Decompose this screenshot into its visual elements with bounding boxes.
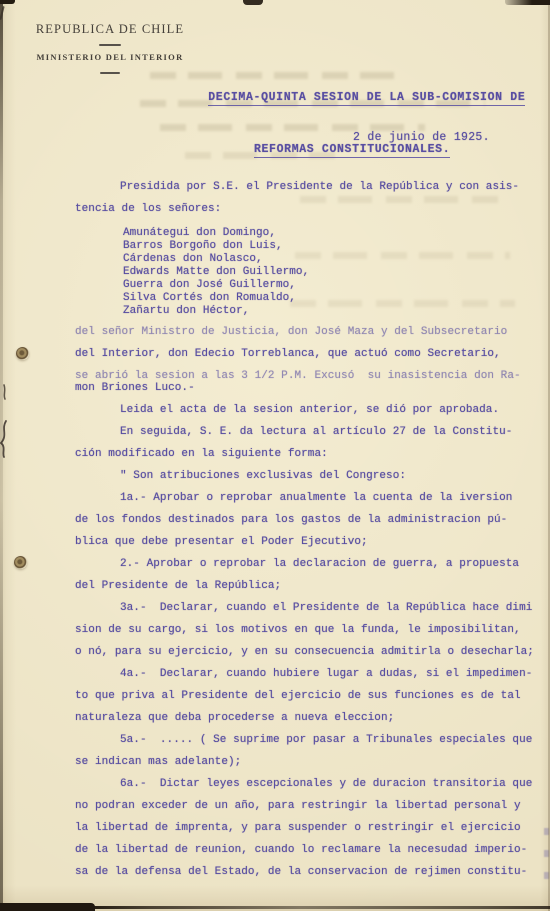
document-line: 6a.- Dictar leyes escepcionales y de dur…: [75, 773, 537, 795]
ink-mark: [0, 383, 22, 463]
document-line: 5a.- ..... ( Se suprime por pasar a Trib…: [75, 729, 537, 751]
scan-edge-bottom: [0, 903, 95, 911]
attendee-list: Amunátegui don Domingo,Barros Borgoño do…: [123, 227, 537, 318]
attendee-name: Cárdenas don Nolasco,: [123, 253, 537, 266]
letterhead-rule: [99, 44, 121, 46]
document-line: se indican mas adelante);: [75, 751, 537, 773]
document-line: Presidida por S.E. el Presidente de la R…: [75, 176, 537, 198]
punch-hole: [16, 347, 29, 360]
document-body: Presidida por S.E. el Presidente de la R…: [75, 176, 537, 883]
document-title: DECIMA-QUINTA SESION DE LA SUB-COMISION …: [178, 59, 496, 189]
document-line: ción modificado en la siguiente forma:: [75, 443, 537, 465]
document-line: de los fondos destinados para los gastos…: [75, 509, 537, 531]
document-line: naturaleza que deba procederse a nueva e…: [75, 707, 537, 729]
attendee-name: Edwards Matte don Guillermo,: [123, 266, 537, 279]
document-date: 2 de junio de 1925.: [353, 131, 490, 144]
document-line: blica que debe presentar el Poder Ejecut…: [75, 531, 537, 553]
document-line: 4a.- Declarar, cuando hubiere lugar a du…: [75, 663, 537, 685]
title-line-2: REFORMAS CONSTITUCIONALES.: [254, 143, 450, 158]
body-main: del señor Ministro de Justicia, don José…: [75, 321, 537, 883]
document-line: " Son atribuciones exclusivas del Congre…: [75, 465, 537, 487]
attendee-name: Zañartu don Héctor,: [123, 305, 537, 318]
document-line: Leida el acta de la sesion anterior, se …: [75, 399, 537, 421]
scan-edge-mark: [243, 0, 263, 5]
document-line: 2.- Aprobar o reprobar la declaracion de…: [75, 553, 537, 575]
scan-edge-left: [0, 0, 3, 911]
document-line: tencia de los señores:: [75, 198, 537, 220]
letterhead: REPUBLICA DE CHILE MINISTERIO DEL INTERI…: [28, 22, 192, 74]
document-line: la libertad de imprenta, y para suspende…: [75, 817, 537, 839]
document-line: 3a.- Declarar, cuando el Presidente de l…: [75, 597, 537, 619]
document-line: to que priva al Presidente del ejercicio…: [75, 685, 537, 707]
attendee-name: Amunátegui don Domingo,: [123, 227, 537, 240]
document-line: no podran exceder de un año, para restri…: [75, 795, 537, 817]
document-page: REPUBLICA DE CHILE MINISTERIO DEL INTERI…: [0, 0, 550, 911]
letterhead-rule: [100, 72, 120, 74]
letterhead-country: REPUBLICA DE CHILE: [28, 22, 192, 37]
attendee-name: Barros Borgoño don Luis,: [123, 240, 537, 253]
document-line: En seguida, S. E. da lectura al artículo…: [75, 421, 537, 443]
document-line: de la libertad de reunion, cuando lo rec…: [75, 839, 537, 861]
attendee-name: Silva Cortés don Romualdo,: [123, 292, 537, 305]
document-line: se abrió la sesion a las 3 1/2 P.M. Excu…: [75, 365, 537, 387]
punch-hole: [14, 556, 27, 569]
document-line: sion de su cargo, si los motivos en que …: [75, 619, 537, 641]
scan-edge-mark: [505, 0, 550, 5]
document-line: 1a.- Aprobar o reprobar anualmente la cu…: [75, 487, 537, 509]
document-line: del Presidente de la República;: [75, 575, 537, 597]
letterhead-ministry: MINISTERIO DEL INTERIOR: [28, 52, 192, 62]
document-line: o nó, para su ejercicio, y en su consecu…: [75, 641, 537, 663]
body-intro: Presidida por S.E. el Presidente de la R…: [75, 176, 537, 220]
document-line: sa de la defensa del Estado, de la conse…: [75, 861, 537, 883]
scan-edge-mark: [0, 0, 15, 4]
attendee-name: Guerra don José Guillermo,: [123, 279, 537, 292]
document-line: del señor Ministro de Justicia, don José…: [75, 321, 537, 343]
document-line: del Interior, don Edecio Torreblanca, qu…: [75, 343, 537, 365]
title-line-1: DECIMA-QUINTA SESION DE LA SUB-COMISION …: [208, 91, 525, 106]
